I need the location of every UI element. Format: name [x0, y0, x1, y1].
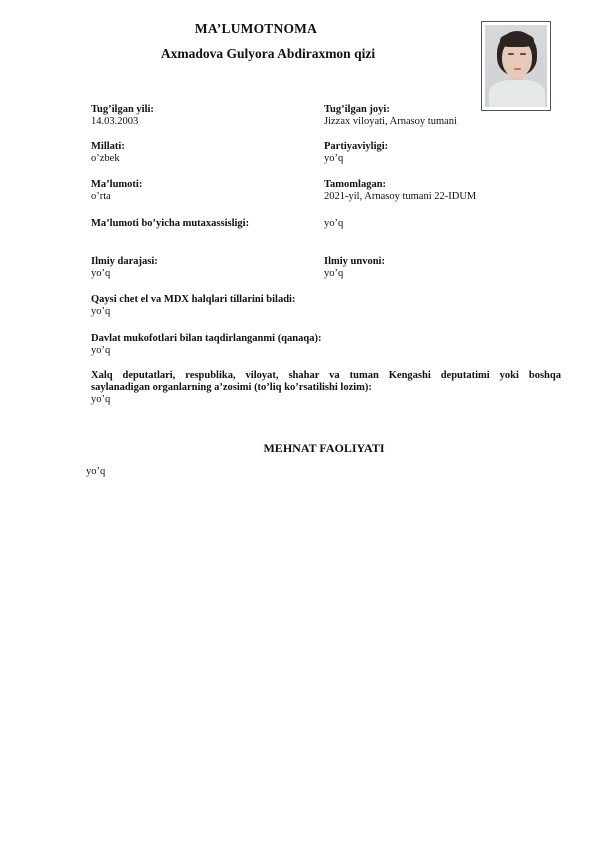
field-value: o’zbek — [91, 153, 125, 165]
work-history-title: MEHNAT FAOLIYATI — [0, 441, 596, 456]
field-value: yo’q — [324, 268, 385, 280]
field-value: yo’q — [91, 268, 158, 280]
field-birth-year: Tug’ilgan yili: 14.03.2003 — [91, 104, 154, 128]
field-value: 14.03.2003 — [91, 116, 154, 128]
field-party: Partiyaviyligi: yo’q — [324, 141, 388, 165]
field-label: Millati: — [91, 141, 125, 153]
full-name: Axmadova Gulyora Abdiraxmon qizi — [0, 46, 536, 62]
field-degree: Ilmiy darajasi: yo’q — [91, 256, 158, 280]
field-label-line1: Xalq deputatlari, respublika, viloyat, s… — [91, 370, 561, 382]
field-label: Davlat mukofotlari bilan taqdirlanganmi … — [91, 333, 561, 345]
field-specialty-value: yo’q — [324, 218, 343, 230]
field-specialty: Ma’lumoti bo’yicha mutaxassisligi: — [91, 218, 249, 230]
field-nationality: Millati: o’zbek — [91, 141, 125, 165]
portrait-photo-icon — [485, 25, 547, 107]
field-label: Ilmiy darajasi: — [91, 256, 158, 268]
field-label: Ilmiy unvoni: — [324, 256, 385, 268]
field-value: 2021-yil, Arnasoy tumani 22-IDUM — [324, 191, 476, 203]
field-label: Tug’ilgan yili: — [91, 104, 154, 116]
field-label: Tug’ilgan joyi: — [324, 104, 457, 116]
field-label: Qaysi chet el va MDX halqlari tillarini … — [91, 294, 561, 306]
field-birth-place: Tug’ilgan joyi: Jizzax viloyati, Arnasoy… — [324, 104, 457, 128]
field-label: Tamomlagan: — [324, 179, 476, 191]
field-deputy: Xalq deputatlari, respublika, viloyat, s… — [91, 370, 561, 406]
field-value: yo’q — [324, 153, 388, 165]
photo-frame — [481, 21, 551, 111]
field-value: yo’q — [91, 394, 561, 406]
document-title: MA’LUMOTNOMA — [0, 21, 512, 37]
field-label-line2: saylanadigan organlarning a’zosimi (to’l… — [91, 382, 561, 394]
field-label: Partiyaviyligi: — [324, 141, 388, 153]
field-label: Ma’lumoti: — [91, 179, 142, 191]
field-value: Jizzax viloyati, Arnasoy tumani — [324, 116, 457, 128]
field-graduated: Tamomlagan: 2021-yil, Arnasoy tumani 22-… — [324, 179, 476, 203]
field-awards: Davlat mukofotlari bilan taqdirlanganmi … — [91, 333, 561, 357]
field-education: Ma’lumoti: o’rta — [91, 179, 142, 203]
field-label: Ma’lumoti bo’yicha mutaxassisligi: — [91, 218, 249, 230]
field-value: yo’q — [324, 218, 343, 230]
field-value: o’rta — [91, 191, 142, 203]
field-value: yo’q — [91, 345, 561, 357]
field-languages: Qaysi chet el va MDX halqlari tillarini … — [91, 294, 561, 318]
field-academic-title: Ilmiy unvoni: yo’q — [324, 256, 385, 280]
field-value: yo’q — [91, 306, 561, 318]
work-history-value: yo’q — [86, 466, 105, 478]
